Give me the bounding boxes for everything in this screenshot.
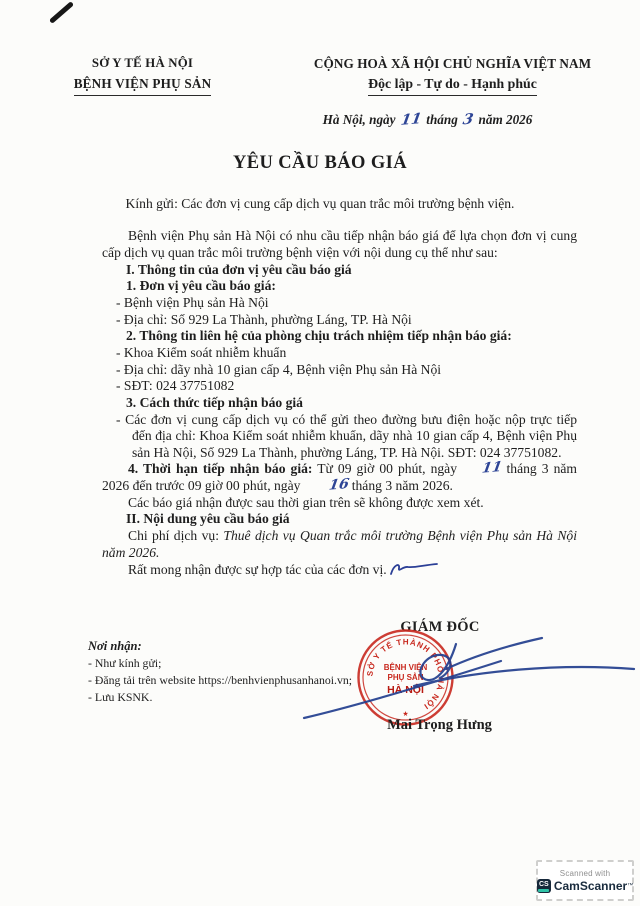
bullet-contact-department: - Khoa Kiểm soát nhiễm khuẩn [102, 345, 577, 362]
closing-line: Rất mong nhận được sự hợp tác của các đơ… [102, 561, 577, 579]
cost-paragraph: Chi phí dịch vụ: Thuê dịch vụ Quan trắc … [102, 528, 577, 561]
salutation-line: Kính gửi: Các đơn vị cung cấp dịch vụ qu… [0, 196, 640, 212]
document-body: Bệnh viện Phụ sản Hà Nội có nhu cầu tiếp… [0, 228, 640, 578]
section1-sub4-heading: 4. Thời hạn tiếp nhận báo giá: [128, 461, 312, 476]
date-suffix: năm 2026 [479, 112, 533, 127]
section1-heading: I. Thông tin của đơn vị yêu cầu báo giá [126, 262, 577, 279]
date-month-word: tháng [426, 112, 458, 127]
section1-sub3-heading: 3. Cách thức tiếp nhận báo giá [126, 395, 577, 412]
section2-heading: II. Nội dung yêu cầu báo giá [126, 511, 577, 528]
handwritten-start-day: 11 [454, 460, 503, 478]
handwritten-end-day: 16 [301, 477, 350, 495]
cost-label: Chi phí dịch vụ: [128, 528, 219, 543]
document-title: YÊU CẦU BÁO GIÁ [0, 153, 640, 174]
national-title: CỘNG HOÀ XÃ HỘI CHỦ NGHĨA VIỆT NAM [285, 54, 620, 74]
signer-name: Mai Trọng Hưng [352, 717, 527, 734]
camscanner-watermark-badge: Scanned with CS CamScanner ™ [536, 860, 634, 901]
intro-paragraph: Bệnh viện Phụ sản Hà Nội có nhu cầu tiếp… [102, 228, 577, 261]
section1-sub4-paragraph: 4. Thời hạn tiếp nhận báo giá: Từ 09 giờ… [102, 461, 577, 494]
section1-sub1-heading: 1. Đơn vị yêu cầu báo giá: [126, 278, 577, 295]
date-line: Hà Nội, ngày 11 tháng 3 năm 2026 [305, 112, 550, 128]
issuing-org-block: SỞ Y TẾ HÀ NỘI BỆNH VIỆN PHỤ SẢN [0, 54, 285, 96]
deadline-text-3: tháng 3 năm 2026. [352, 478, 453, 493]
camscanner-brand-row: CS CamScanner ™ [537, 879, 633, 893]
camscanner-brand-name: CamScanner [554, 879, 627, 893]
handwritten-paraph-icon [388, 561, 440, 577]
director-signature [296, 594, 640, 730]
late-quotes-note: Các báo giá nhận được sau thời gian trên… [102, 495, 577, 512]
org-parent-name: SỞ Y TẾ HÀ NỘI [0, 54, 285, 74]
bullet-submission-method: - Các đơn vị cung cấp dịch vụ có thể gửi… [102, 412, 577, 462]
document-header: SỞ Y TẾ HÀ NỘI BỆNH VIỆN PHỤ SẢN CỘNG HO… [0, 0, 640, 96]
national-motto: Độc lập - Tự do - Hạnh phúc [285, 74, 620, 97]
scanned-document-page: SỞ Y TẾ HÀ NỘI BỆNH VIỆN PHỤ SẢN CỘNG HO… [0, 0, 640, 906]
org-name: BỆNH VIỆN PHỤ SẢN [0, 74, 285, 96]
trademark-symbol: ™ [627, 883, 633, 889]
bullet-contact-phone: - SĐT: 024 37751082 [102, 378, 577, 395]
handwritten-day: 11 [399, 113, 422, 129]
bullet-unit-address: - Địa chỉ: Số 929 La Thành, phường Láng,… [102, 312, 577, 329]
date-prefix: Hà Nội, ngày [323, 112, 396, 127]
national-motto-block: CỘNG HOÀ XÃ HỘI CHỦ NGHĨA VIỆT NAM Độc l… [285, 54, 640, 96]
section1-sub2-heading: 2. Thông tin liên hệ của phòng chịu trác… [126, 328, 577, 345]
bullet-contact-address: - Địa chỉ: dãy nhà 10 gian cấp 4, Bệnh v… [102, 362, 577, 379]
scanned-with-label: Scanned with [560, 869, 610, 878]
handwritten-month: 3 [462, 113, 475, 128]
deadline-text-1: Từ 09 giờ 00 phút, ngày [317, 461, 457, 476]
bullet-requesting-unit: - Bệnh viện Phụ sản Hà Nội [102, 295, 577, 312]
camscanner-logo-icon: CS [537, 879, 551, 893]
